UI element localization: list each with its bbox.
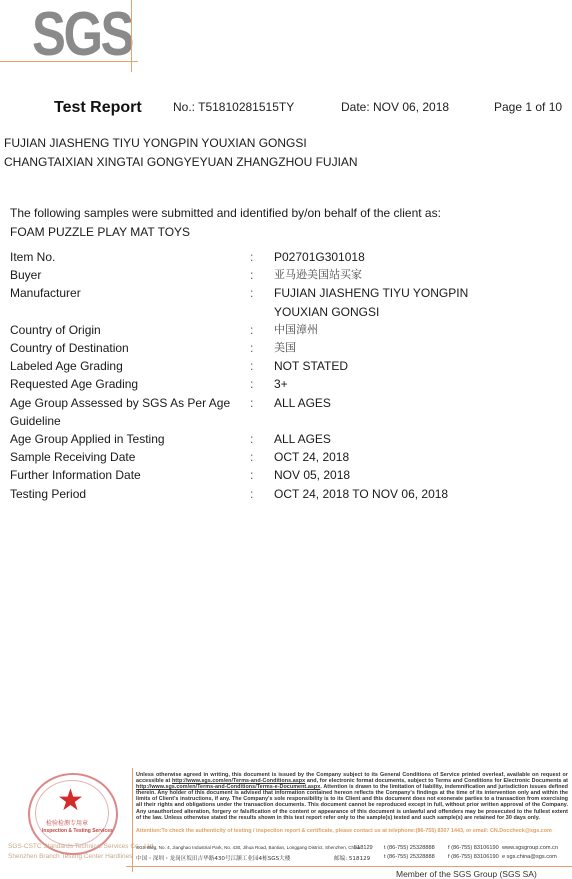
field-label: Requested Age Grading: [10, 375, 250, 393]
field-row-testing-period: Testing Period : OCT 24, 2018 TO NOV 06,…: [10, 485, 560, 503]
field-label: Further Information Date: [10, 466, 250, 484]
field-value: 3+: [274, 375, 560, 393]
logo-text: SGS: [32, 0, 132, 70]
star-icon: ★: [57, 786, 84, 816]
field-label: Item No.: [10, 248, 250, 266]
field-colon: :: [250, 430, 274, 448]
field-colon: :: [250, 357, 274, 375]
field-colon: :: [250, 466, 274, 484]
field-row-labeled-age-grading: Labeled Age Grading : NOT STATED: [10, 357, 560, 375]
field-row-age-group-applied: Age Group Applied in Testing : ALL AGES: [10, 430, 560, 448]
field-label: Country of Destination: [10, 339, 250, 357]
telephone-cn: t (86-755) 25328888: [384, 854, 435, 860]
address-cn: 中国・深圳・龙岗区坂田吉华路430号江灏工业园4栋SGS大楼: [136, 854, 290, 862]
field-row-sample-receiving-date: Sample Receiving Date : OCT 24, 2018: [10, 448, 560, 466]
report-date: Date: NOV 06, 2018: [341, 100, 449, 120]
field-value: OCT 24, 2018: [274, 448, 560, 466]
address-en: SGS Bldg, No. 4, Jianghao Industrial Par…: [136, 845, 360, 850]
email: e sgs.china@sgs.com: [502, 854, 557, 860]
field-colon: :: [250, 485, 274, 503]
field-colon: :: [250, 284, 274, 320]
field-label: Age Group Applied in Testing: [10, 430, 250, 448]
logo-rule-horizontal: [0, 61, 138, 62]
field-row-buyer: Buyer : 亚马逊美国站买家: [10, 266, 560, 284]
contact-row-en: SGS Bldg, No. 4, Jianghao Industrial Par…: [136, 845, 568, 853]
client-address: CHANGTAIXIAN XINGTAI GONGYEYUAN ZHANGZHO…: [4, 155, 358, 169]
field-value: 中国漳州: [274, 321, 560, 339]
field-row-age-group-assessed: Age Group Assessed by SGS As Per Age Gui…: [10, 394, 560, 430]
field-label: Manufacturer: [10, 284, 250, 320]
postcode-cn: 邮编: 518129: [334, 854, 370, 862]
field-value: ALL AGES: [274, 394, 560, 430]
field-row-country-of-destination: Country of Destination : 美国: [10, 339, 560, 357]
footer-rule-horizontal: [126, 866, 572, 867]
field-value: 美国: [274, 339, 560, 357]
website: www.sgsgroup.com.cn: [502, 845, 558, 851]
fax-cn: f (86-755) 83106190: [448, 854, 499, 860]
field-colon: :: [250, 266, 274, 284]
field-value: OCT 24, 2018 TO NOV 06, 2018: [274, 485, 560, 503]
postcode-en: 518129: [354, 845, 373, 851]
field-value: P02701G301018: [274, 248, 560, 266]
terms-link[interactable]: http://www.sgs.com/en/Terms-and-Conditio…: [172, 778, 305, 784]
field-label: Country of Origin: [10, 321, 250, 339]
field-label: Buyer: [10, 266, 250, 284]
report-number: No.: T51810281515TY: [173, 100, 294, 120]
field-colon: :: [250, 248, 274, 266]
client-name: FUJIAN JIASHENG TIYU YONGPIN YOUXIAN GON…: [4, 136, 307, 150]
footer-rule-vertical: [132, 768, 133, 872]
field-row-further-information-date: Further Information Date : NOV 05, 2018: [10, 466, 560, 484]
sample-name: FOAM PUZZLE PLAY MAT TOYS: [10, 225, 190, 239]
field-value: NOV 05, 2018: [274, 466, 560, 484]
field-colon: :: [250, 339, 274, 357]
member-statement: Member of the SGS Group (SGS SA): [396, 869, 537, 879]
field-value: ALL AGES: [274, 430, 560, 448]
field-value: 亚马逊美国站买家: [274, 266, 560, 284]
field-label: Age Group Assessed by SGS As Per Age Gui…: [10, 394, 250, 430]
field-colon: :: [250, 394, 274, 430]
authenticity-notice: Attention:To check the authenticity of t…: [136, 828, 568, 834]
page-indicator: Page 1 of 10: [494, 100, 562, 120]
field-colon: :: [250, 321, 274, 339]
branch-line-2: Shenzhen Branch Testing Center Hardlines: [8, 853, 133, 860]
field-label: Testing Period: [10, 485, 250, 503]
legal-disclaimer: Unless otherwise agreed in writing, this…: [136, 772, 568, 821]
telephone: t (86-755) 25328888: [384, 845, 435, 851]
field-row-item-no: Item No. : P02701G301018: [10, 248, 560, 266]
e-document-terms-link[interactable]: http://www.sgs.com/en/Terms-and-Conditio…: [136, 784, 320, 790]
field-colon: :: [250, 375, 274, 393]
stamp-text-en: Inspection & Testing Services: [42, 828, 113, 834]
disclaimer-part-2: and, for electronic format documents, su…: [305, 778, 568, 784]
field-colon: :: [250, 448, 274, 466]
field-value: NOT STATED: [274, 357, 560, 375]
disclaimer-part-3: . Attention is drawn to the limitation o…: [136, 784, 568, 820]
logo-rule-vertical: [131, 0, 132, 72]
sample-info-table: Item No. : P02701G301018 Buyer : 亚马逊美国站买…: [10, 248, 560, 503]
stamp-text-cn: 检验检测专用章: [46, 818, 88, 827]
intro-statement: The following samples were submitted and…: [10, 206, 441, 220]
field-row-country-of-origin: Country of Origin : 中国漳州: [10, 321, 560, 339]
contact-row-cn: 中国・深圳・龙岗区坂田吉华路430号江灏工业园4栋SGS大楼 邮编: 51812…: [136, 854, 568, 862]
field-label: Labeled Age Grading: [10, 357, 250, 375]
field-row-manufacturer: Manufacturer : FUJIAN JIASHENG TIYU YONG…: [10, 284, 560, 320]
field-value: FUJIAN JIASHENG TIYU YONGPIN YOUXIAN GON…: [274, 284, 560, 320]
field-label: Sample Receiving Date: [10, 448, 250, 466]
fax: f (86-755) 83106190: [448, 845, 499, 851]
field-row-requested-age-grading: Requested Age Grading : 3+: [10, 375, 560, 393]
sgs-logo: SGS: [28, 2, 148, 72]
report-title: Test Report: [54, 99, 142, 117]
